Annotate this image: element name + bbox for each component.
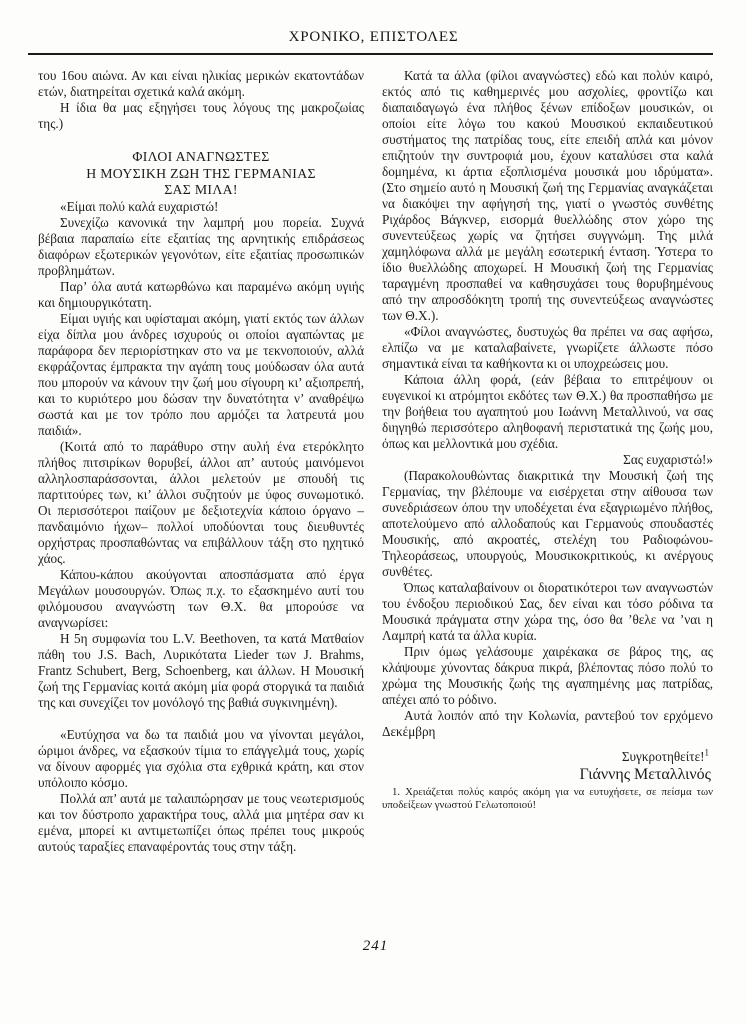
right-column-paragraphs-2: (Παρακολουθώντας διακριτικά την Μουσική … — [382, 468, 713, 740]
paragraph: Αυτά λοιπόν από την Κολωνία, ραντεβού το… — [382, 708, 713, 740]
paragraph: Είμαι υγιής και υφίσταμαι ακόμη, γιατί ε… — [38, 311, 364, 439]
two-column-text-body: του 16ου αιώνα. Αν και είναι ηλικίας μερ… — [0, 55, 747, 855]
paragraph: Κάπου-κάπου ακούγονται αποσπάσματα από έ… — [38, 567, 364, 631]
left-column-paragraphs-2: «Ευτύχησα να δω τα παιδιά μου να γίνοντα… — [38, 727, 364, 855]
right-column: Κατά τα άλλα (φίλοι αναγνώστες) εδώ και … — [382, 68, 713, 855]
paragraph: Συνεχίζω κανονικά την λαμπρή μου πορεία.… — [38, 215, 364, 279]
signoff-text: Συγκροτηθείτε! — [622, 749, 705, 764]
signature-author: Γιάννης Μεταλλινός — [382, 765, 713, 784]
thanks-line: Σας ευχαριστώ!» — [382, 452, 713, 468]
article-heading-line: Η ΜΟΥΣΙΚΗ ΖΩΗ ΤΗΣ ΓΕΡΜΑΝΙΑΣ — [38, 166, 364, 183]
paragraph: Κάποια άλλη φορά, (εάν βέβαια το επιτρέψ… — [382, 372, 713, 452]
paragraph: «Είμαι πολύ καλά ευχαριστώ! — [38, 199, 364, 215]
footnote-text: 1. Χρειάζεται πολύς καιρός ακόμη για να … — [382, 786, 713, 811]
article-heading-line: ΣΑΣ ΜΙΛΑ! — [38, 182, 364, 199]
paragraph: «Φίλοι αναγνώστες, δυστυχώς θα πρέπει να… — [382, 324, 713, 372]
paragraph: (Κοιτά από το παράθυρο στην αυλή ένα ετε… — [38, 439, 364, 567]
page-number: 241 — [38, 938, 713, 955]
paragraph: Κατά τα άλλα (φίλοι αναγνώστες) εδώ και … — [382, 68, 713, 324]
paragraph: Η ίδια θα μας εξηγήσει τους λόγους της μ… — [38, 100, 364, 132]
paragraph: Πριν όμως γελάσουμε χαιρέκακα σε βάρος τ… — [382, 644, 713, 708]
left-column-paragraphs-1: «Είμαι πολύ καλά ευχαριστώ!Συνεχίζω κανο… — [38, 199, 364, 711]
right-column-paragraphs-1: Κατά τα άλλα (φίλοι αναγνώστες) εδώ και … — [382, 68, 713, 452]
paragraph: του 16ου αιώνα. Αν και είναι ηλικίας μερ… — [38, 68, 364, 100]
article-heading-line: ΦΙΛΟΙ ΑΝΑΓΝΩΣΤΕΣ — [38, 149, 364, 166]
paragraph: Η 5η συμφωνία του L.V. Beethoven, τα κατ… — [38, 631, 364, 711]
page-header-title: ΧΡΟΝΙΚΟ, ΕΠΙΣΤΟΛΕΣ — [0, 0, 747, 46]
signoff-line: Συγκροτηθείτε!1 — [382, 749, 713, 765]
paragraph: Παρ’ όλα αυτά κατωρθώνω και παραμένω ακό… — [38, 279, 364, 311]
scanned-document-page: ΧΡΟΝΙΚΟ, ΕΠΙΣΤΟΛΕΣ του 16ου αιώνα. Αν κα… — [0, 0, 747, 1024]
left-column: του 16ου αιώνα. Αν και είναι ηλικίας μερ… — [38, 68, 364, 855]
paragraph: (Παρακολουθώντας διακριτικά την Μουσική … — [382, 468, 713, 580]
paragraph: Όπως καταλαβαίνουν οι διορατικότεροι των… — [382, 580, 713, 644]
article-heading: ΦΙΛΟΙ ΑΝΑΓΝΩΣΤΕΣΗ ΜΟΥΣΙΚΗ ΖΩΗ ΤΗΣ ΓΕΡΜΑΝ… — [38, 149, 364, 199]
paragraph: Πολλά απ’ αυτά με ταλαιπώρησαν με τους ν… — [38, 791, 364, 855]
footnote-reference: 1 — [705, 748, 710, 758]
paragraph: «Ευτύχησα να δω τα παιδιά μου να γίνοντα… — [38, 727, 364, 791]
